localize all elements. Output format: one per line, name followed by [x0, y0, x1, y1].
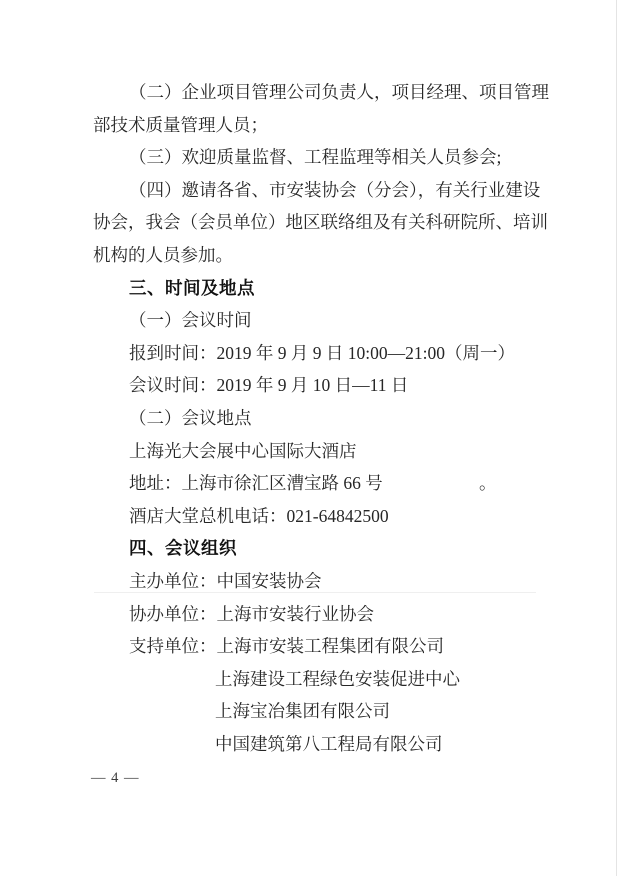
text-line: （一）会议时间 [93, 304, 610, 337]
page-number: — 4 — [91, 770, 140, 787]
text-line: 协会，我会（会员单位）地区联络组及有关科研院所、培训 [93, 206, 610, 239]
text-line: （二）企业项目管理公司负责人，项目经理、项目管理 [93, 76, 610, 109]
text-line: 地址：上海市徐汇区漕宝路 66 号 [93, 467, 610, 500]
scan-edge-line [616, 0, 617, 876]
document-lines: （二）企业项目管理公司负责人，项目经理、项目管理部技术质量管理人员；（三）欢迎质… [93, 76, 610, 760]
text-line: （四）邀请各省、市安装协会（分会），有关行业建设 [93, 174, 610, 207]
section-heading: 三、时间及地点 [93, 272, 610, 305]
stray-period-mark: 。 [479, 467, 497, 500]
text-line: 上海光大会展中心国际大酒店 [93, 435, 610, 468]
text-line: （二）会议地点 [93, 402, 610, 435]
text-line: 部技术质量管理人员； [93, 109, 610, 142]
text-line: （三）欢迎质量监督、工程监理等相关人员参会; [93, 141, 610, 174]
text-line: 中国建筑第八工程局有限公司 [93, 728, 610, 761]
text-line: 会议时间：2019 年 9 月 10 日—11 日 [93, 369, 610, 402]
text-line: 上海建设工程绿色安装促进中心 [93, 663, 610, 696]
text-line: 报到时间：2019 年 9 月 9 日 10:00—21:00（周一） [93, 337, 610, 370]
scan-artifact-line [94, 592, 536, 593]
text-line: 机构的人员参加。 [93, 239, 610, 272]
text-line: 支持单位：上海市安装工程集团有限公司 [93, 630, 610, 663]
text-line: 酒店大堂总机电话：021-64842500 [93, 500, 610, 533]
text-line: 协办单位：上海市安装行业协会 [93, 598, 610, 631]
section-heading: 四、会议组织 [93, 532, 610, 565]
document-page: （二）企业项目管理公司负责人，项目经理、项目管理部技术质量管理人员；（三）欢迎质… [0, 0, 620, 876]
text-line: 上海宝冶集团有限公司 [93, 695, 610, 728]
